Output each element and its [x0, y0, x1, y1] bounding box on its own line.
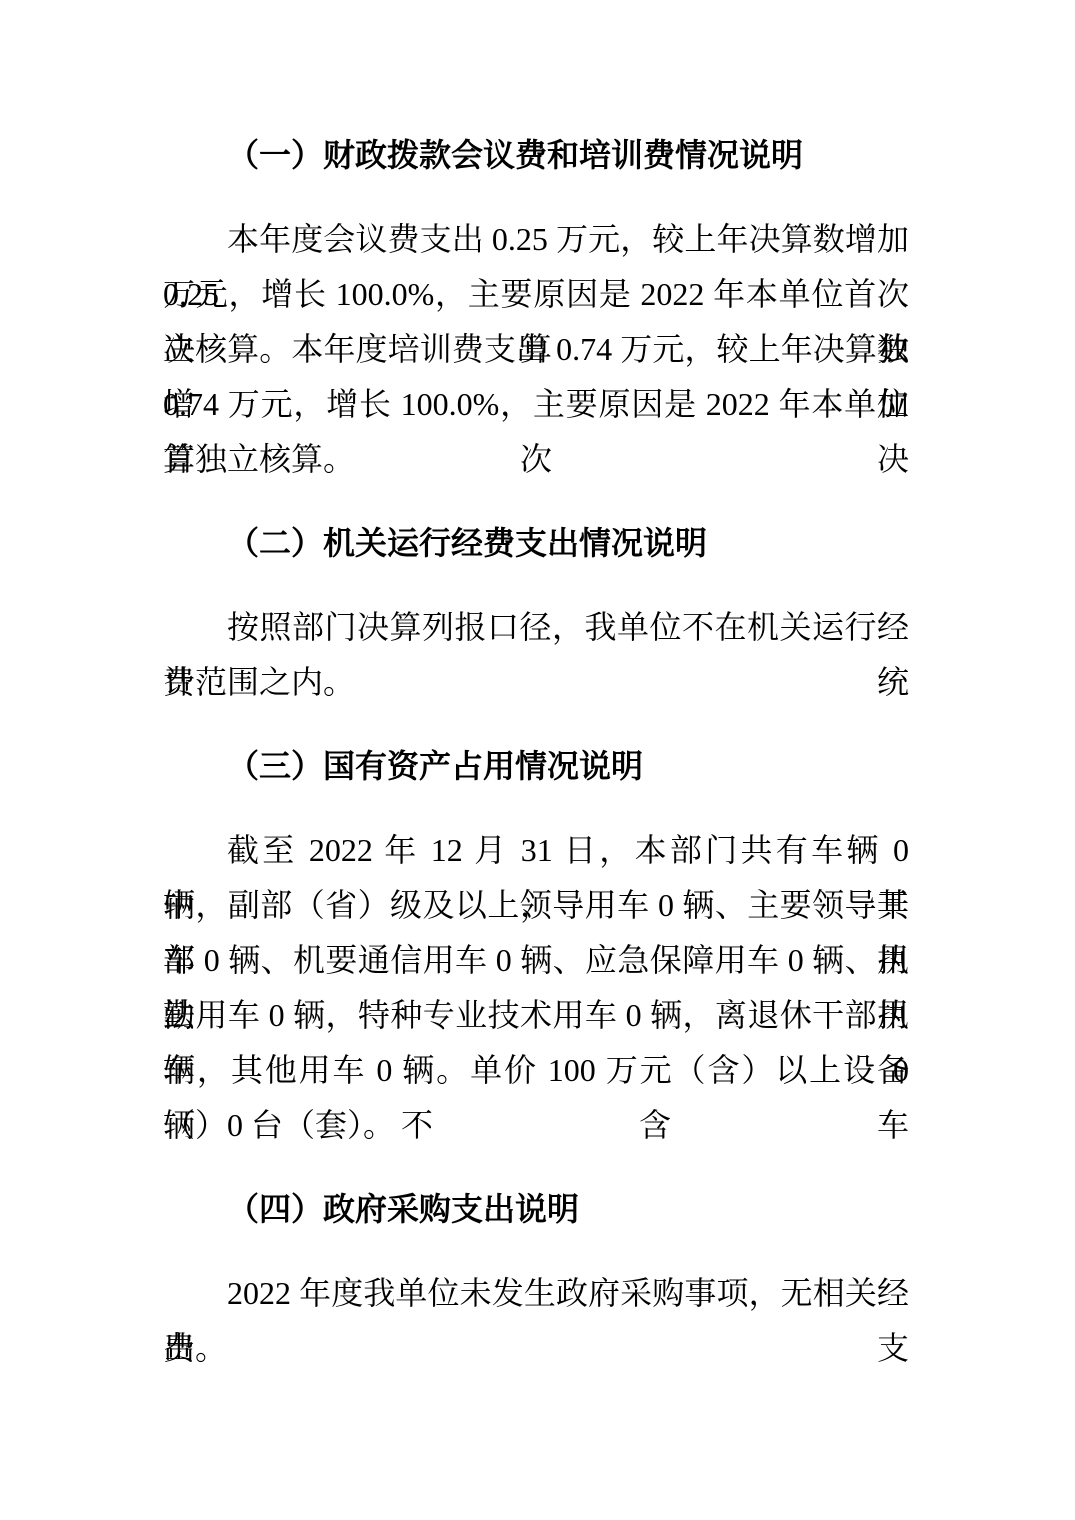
section-paragraph: 按照部门决算列报口径，我单位不在机关运行经费统计范围之内。 — [163, 600, 909, 710]
section-heading: （三）国有资产占用情况说明 — [163, 739, 909, 794]
section-paragraph: 本年度会议费支出 0.25 万元，较上年决算数增加 0.25万元，增长 100.… — [163, 212, 909, 487]
paragraph-line: 0.74 万元，增长 100.0%，主要原因是 2022 年本单位首次决 — [163, 377, 909, 432]
paragraph-line: 勤用车 0 辆，特种专业技术用车 0 辆，离退休干部用车 0 — [163, 988, 909, 1043]
document-page: （一）财政拨款会议费和培训费情况说明本年度会议费支出 0.25 万元，较上年决算… — [0, 0, 1075, 1520]
paragraph-line: 万元，增长 100.0%，主要原因是 2022 年本单位首次决算独 — [163, 267, 909, 322]
paragraph-line: 按照部门决算列报口径，我单位不在机关运行经费统 — [163, 600, 909, 655]
section-heading: （二）机关运行经费支出情况说明 — [163, 516, 909, 571]
section-paragraph: 2022 年度我单位未发生政府采购事项，无相关经费支出。 — [163, 1266, 909, 1376]
section-heading: （一）财政拨款会议费和培训费情况说明 — [163, 128, 909, 183]
section-heading: （四）政府采购支出说明 — [163, 1182, 909, 1237]
paragraph-line: 2022 年度我单位未发生政府采购事项，无相关经费支 — [163, 1266, 909, 1321]
paragraph-line: 辆，其他用车 0 辆。单价 100 万元（含）以上设备（不含车 — [163, 1043, 909, 1098]
paragraph-line: 截至 2022 年 12 月 31 日，本部门共有车辆 0 辆，其 — [163, 823, 909, 878]
paragraph-line: 中，副部（省）级及以上领导用车 0 辆、主要领导干部用 — [163, 878, 909, 933]
paragraph-line: 本年度会议费支出 0.25 万元，较上年决算数增加 0.25 — [163, 212, 909, 267]
paragraph-line: 立核算。本年度培训费支出 0.74 万元，较上年决算数增加 — [163, 322, 909, 377]
document-body: （一）财政拨款会议费和培训费情况说明本年度会议费支出 0.25 万元，较上年决算… — [163, 128, 909, 1376]
paragraph-line: 车 0 辆、机要通信用车 0 辆、应急保障用车 0 辆、执法执 — [163, 933, 909, 988]
section-paragraph: 截至 2022 年 12 月 31 日，本部门共有车辆 0 辆，其中，副部（省）… — [163, 823, 909, 1153]
